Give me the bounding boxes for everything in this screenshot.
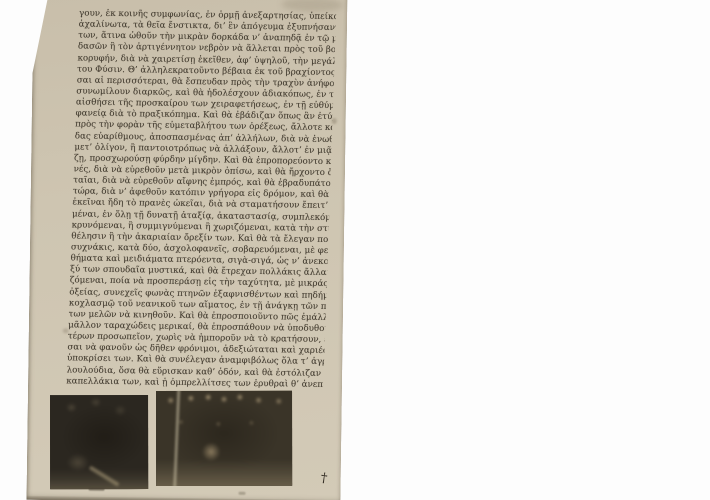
photo-left-group xyxy=(50,395,148,489)
photographs-row xyxy=(26,0,341,500)
scan-background: γουν, ἐκ κοινῆς συμφωνίας, ἐν ὁρμῇ ἀνεξα… xyxy=(0,0,710,500)
ink-smudge xyxy=(239,492,246,495)
ink-smudge xyxy=(89,488,105,491)
photo-right-group xyxy=(156,391,292,486)
dagger-mark: † xyxy=(320,471,328,487)
scanned-book-page: γουν, ἐκ κοινῆς συμφωνίας, ἐν ὁρμῇ ἀνεξα… xyxy=(26,0,347,500)
